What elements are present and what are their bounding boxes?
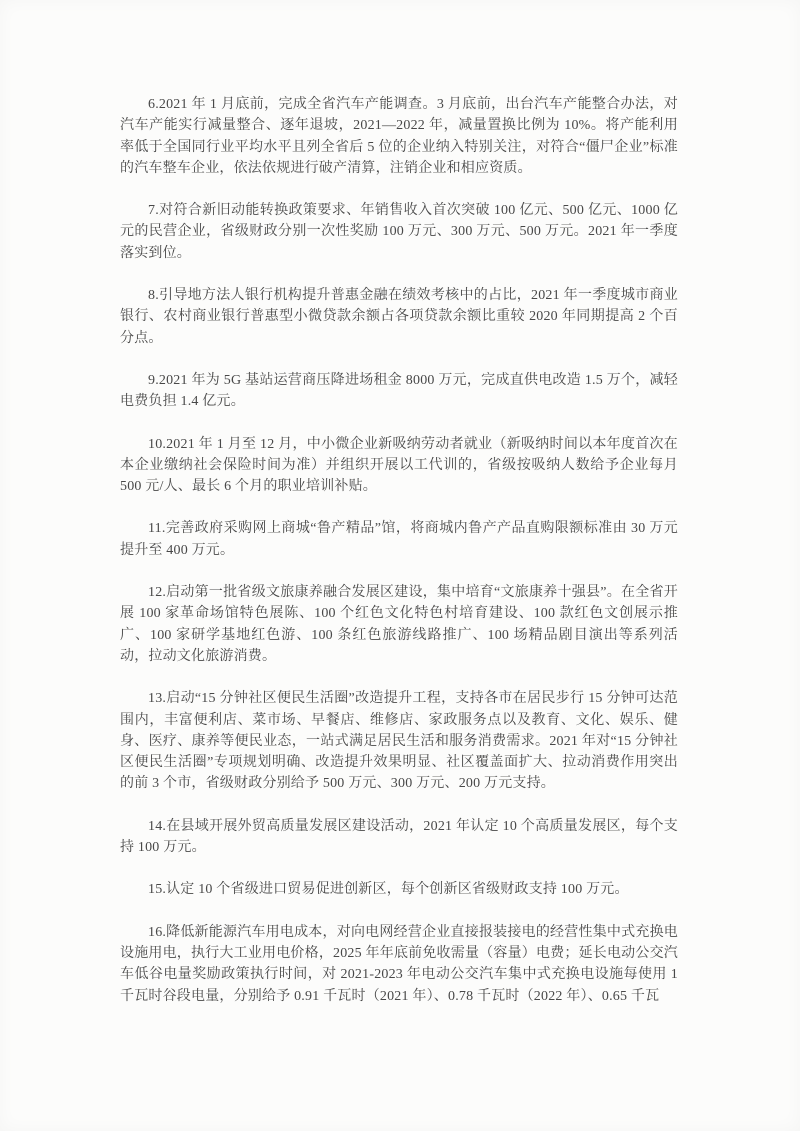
policy-item-15: 15.认定 10 个省级进口贸易促进创新区，每个创新区省级财政支持 100 万元… [120, 879, 678, 900]
document-text-block: 6.2021 年 1 月底前，完成全省汽车产能调查。3 月底前，出台汽车产能整合… [120, 94, 678, 1007]
policy-item-9: 9.2021 年为 5G 基站运营商压降进场租金 8000 万元，完成直供电改造… [120, 370, 678, 413]
document-page: 6.2021 年 1 月底前，完成全省汽车产能调查。3 月底前，出台汽车产能整合… [0, 0, 800, 1131]
policy-item-7: 7.对符合新旧动能转换政策要求、年销售收入首次突破 100 亿元、500 亿元、… [120, 200, 678, 264]
policy-item-14: 14.在县域开展外贸高质量发展区建设活动，2021 年认定 10 个高质量发展区… [120, 816, 678, 859]
policy-item-11: 11.完善政府采购网上商城“鲁产精品”馆，将商城内鲁产产品直购限额标准由 30 … [120, 518, 678, 561]
policy-item-16: 16.降低新能源汽车用电成本，对向电网经营企业直接报装接电的经营性集中式充换电设… [120, 922, 678, 1007]
policy-item-8: 8.引导地方法人银行机构提升普惠金融在绩效考核中的占比，2021 年一季度城市商… [120, 285, 678, 349]
policy-item-13: 13.启动“15 分钟社区便民生活圈”改造提升工程，支持各市在居民步行 15 分… [120, 688, 678, 794]
policy-item-10: 10.2021 年 1 月至 12 月，中小微企业新吸纳劳动者就业（新吸纳时间以… [120, 434, 678, 498]
policy-item-6: 6.2021 年 1 月底前，完成全省汽车产能调查。3 月底前，出台汽车产能整合… [120, 94, 678, 179]
policy-item-12: 12.启动第一批省级文旅康养融合发展区建设，集中培育“文旅康养十强县”。在全省开… [120, 582, 678, 667]
